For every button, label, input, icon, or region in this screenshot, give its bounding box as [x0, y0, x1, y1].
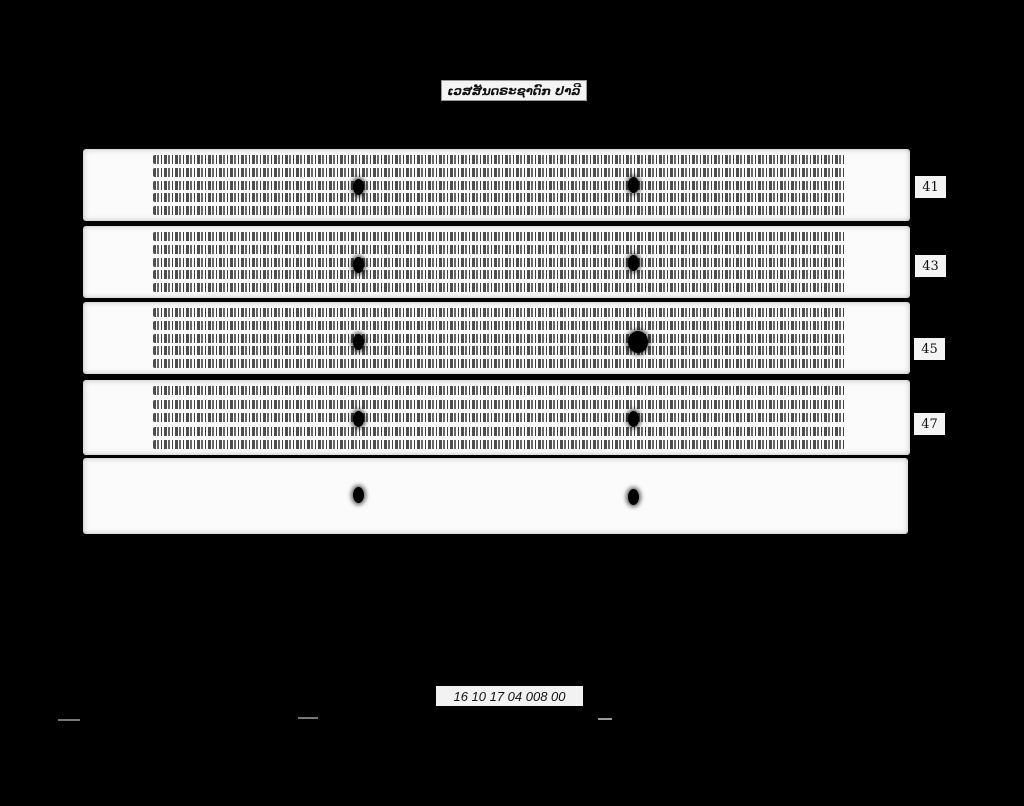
leaf-text-lines	[153, 232, 845, 292]
microfilm-frame-id: 16 10 17 04 008 00	[436, 686, 583, 706]
palm-leaf-page-47	[83, 380, 910, 455]
binding-hole-right	[628, 331, 648, 353]
page-number-45: 45	[914, 338, 945, 360]
page-number-47: 47	[914, 413, 945, 435]
binding-hole-right	[628, 177, 639, 193]
binding-hole-left	[353, 257, 364, 273]
binding-hole-right	[628, 411, 639, 427]
page-number-43: 43	[915, 255, 946, 277]
palm-leaf-page-45	[83, 302, 910, 374]
binding-hole-right	[628, 489, 639, 505]
page-number-41: 41	[915, 176, 946, 198]
film-artifact	[598, 718, 612, 720]
binding-hole-left	[353, 179, 364, 195]
binding-hole-left	[353, 487, 364, 503]
binding-hole-left	[353, 411, 364, 427]
palm-leaf-blank	[83, 458, 908, 534]
binding-hole-right	[628, 255, 639, 271]
leaf-text-lines	[153, 308, 845, 368]
palm-leaf-page-43	[83, 226, 910, 298]
leaf-text-lines	[153, 386, 845, 449]
film-artifact	[58, 719, 80, 721]
binding-hole-left	[353, 334, 364, 350]
leaf-text-lines	[153, 155, 845, 215]
palm-leaf-page-41	[83, 149, 910, 221]
manuscript-title-label: ເວສສັນດຣະຊາດົກ ປາລີ	[441, 80, 587, 101]
film-artifact	[298, 717, 318, 719]
